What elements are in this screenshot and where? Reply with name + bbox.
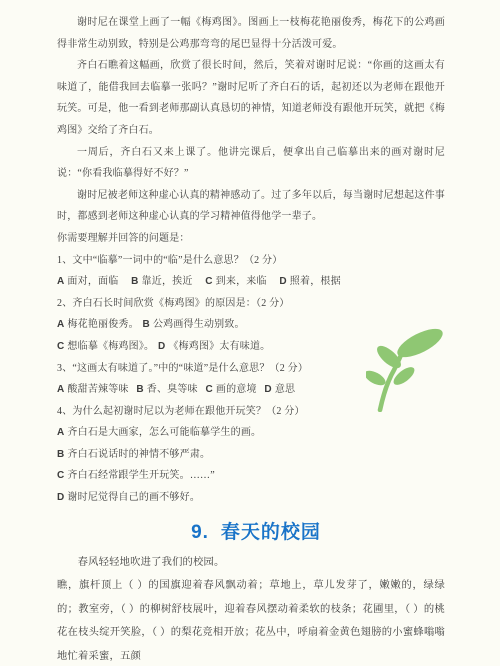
option-2b: B公鸡画得生动别致。 — [143, 319, 245, 330]
passage-paragraph-3: 一周后，齐白石又来上课了。他讲完课后，便拿出自己临摹出来的画对谢时尼说：“你看我… — [57, 142, 445, 185]
option-4c: C齐白石经常跟学生开玩笑。……” — [57, 470, 215, 481]
option-1a: A面对，面临 — [57, 276, 118, 287]
leaf-decoration — [366, 326, 450, 412]
questions-prompt: 你需要理解并回答的问题是： — [57, 228, 445, 250]
option-4b: B齐白石说话时的神情不够严肃。 — [57, 449, 210, 460]
option-3b: B香、臭等味 — [136, 384, 197, 395]
worksheet-page: 谢时尼在课堂上画了一幅《梅鸡图》。图画上一枝梅花艳丽俊秀，梅花下的公鸡画得非常生… — [0, 0, 500, 666]
section-title: 9.春天的校园 — [67, 520, 445, 546]
option-3c: C画的意境 — [205, 384, 256, 395]
question-4-option-c: C齐白石经常跟学生开玩笑。……” — [57, 465, 445, 487]
leaf-sprig-icon — [366, 326, 450, 412]
option-4d: D谢时尼觉得自己的画不够好。 — [57, 492, 200, 503]
spring-paragraph-1: 春风轻轻地吹进了我们的校园。 — [57, 551, 445, 575]
question-4-option-a: A齐白石是大画家，怎么可能临摹学生的画。 — [57, 422, 445, 444]
option-3d: D意思 — [264, 384, 295, 395]
option-1d: D照着，根据 — [279, 276, 340, 287]
spring-paragraph-2: 瞧，旗杆顶上（ ）的国旗迎着春风飘动着；草地上，草儿发芽了，嫩嫩的，绿绿的；教室… — [57, 574, 445, 666]
option-2a: A梅花艳丽俊秀。 — [57, 319, 139, 330]
option-4a: A齐白石是大画家，怎么可能临摹学生的画。 — [57, 427, 261, 438]
section-title-number: 9. — [191, 522, 209, 543]
question-2-text: 2、齐白石长时间欣赏《梅鸡图》的原因是：（2 分） — [57, 293, 445, 315]
option-3a: A酸甜苦辣等味 — [57, 384, 129, 395]
option-1c: C到来，来临 — [205, 276, 266, 287]
question-1-options: A面对，面临 B靠近，挨近 C到来，来临 D照着，根据 — [57, 271, 445, 293]
question-4-option-b: B齐白石说话时的神情不够严肃。 — [57, 444, 445, 466]
option-2c: C想临摹《梅鸡图》。 — [57, 341, 154, 352]
question-4-option-d: D谢时尼觉得自己的画不够好。 — [57, 487, 445, 509]
passage-paragraph-1: 谢时尼在课堂上画了一幅《梅鸡图》。图画上一枝梅花艳丽俊秀，梅花下的公鸡画得非常生… — [57, 12, 445, 55]
question-1-text: 1、文中“临摹”一词中的“临”是什么意思？（2 分） — [57, 250, 445, 272]
section-title-text: 春天的校园 — [221, 522, 321, 543]
option-2d: D《梅鸡图》太有味道。 — [158, 341, 270, 352]
passage-paragraph-2: 齐白石瞧着这幅画，欣赏了很长时间，然后，笑着对谢时尼说：“你画的这画太有味道了，… — [57, 55, 445, 141]
option-1b: B靠近，挨近 — [131, 276, 192, 287]
passage-paragraph-4: 谢时尼被老师这种虚心认真的精神感动了。过了多年以后，每当谢时尼想起这件事时，都感… — [57, 185, 445, 228]
